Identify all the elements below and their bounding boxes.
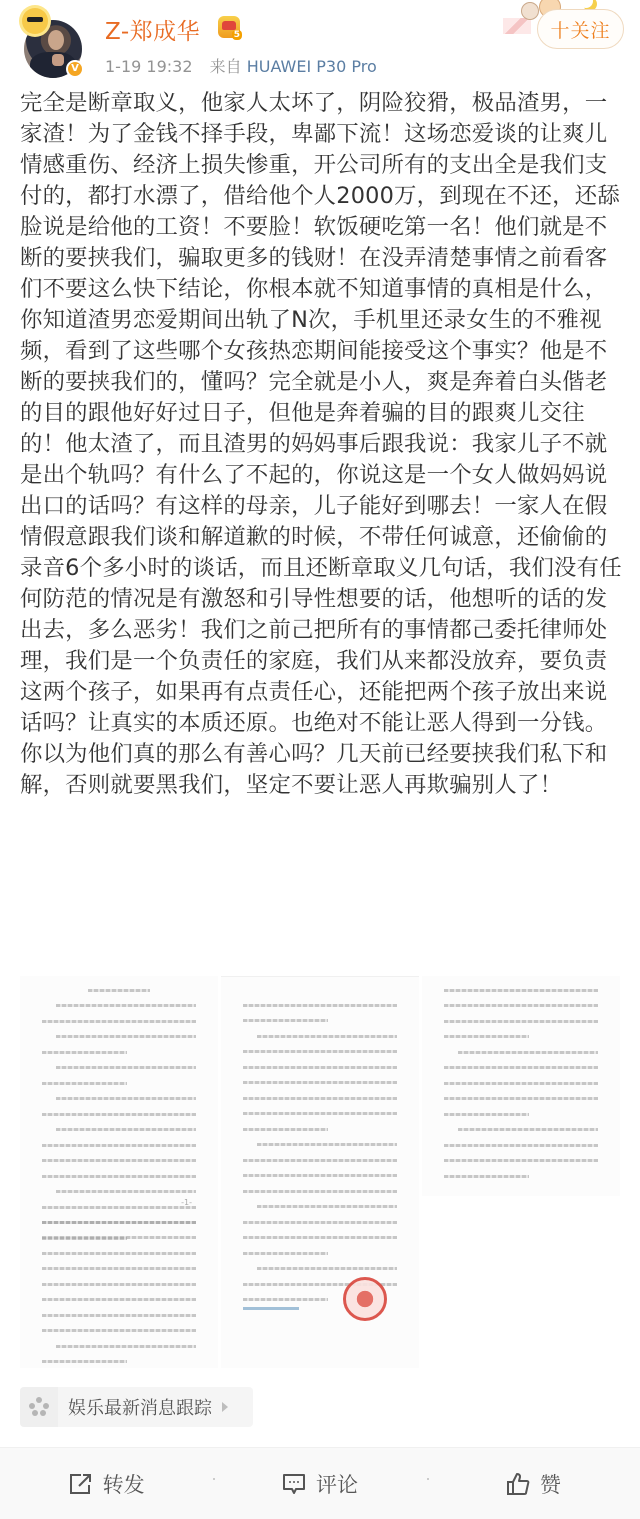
comment-label: 评论 — [316, 1469, 358, 1499]
topic-tag[interactable]: 娱乐最新消息跟踪 — [20, 1387, 253, 1427]
verified-badge-icon: V — [66, 60, 84, 78]
document-image-3[interactable] — [422, 976, 620, 1196]
like-button[interactable]: 赞 — [427, 1448, 640, 1519]
post-body-text: 完全是断章取义，他家人太坏了，阴险狡猾，极品渣男，一家渣！为了金钱不择手段，卑鄙… — [20, 88, 628, 801]
avatar-hand — [52, 54, 64, 66]
repost-label: 转发 — [103, 1469, 145, 1499]
comment-button[interactable]: 评论 — [213, 1448, 426, 1519]
username[interactable]: Z-郑成华 — [105, 13, 200, 46]
document-image-1[interactable]: -1- — [20, 976, 218, 1368]
thumbs-up-icon — [506, 1472, 530, 1496]
device-source-link[interactable]: HUAWEI P30 Pro — [247, 57, 377, 76]
avatar-face — [48, 30, 64, 50]
source-prefix: 来自 — [210, 57, 242, 76]
page-number: -1- — [181, 1198, 192, 1207]
avatar-container[interactable]: V — [22, 10, 84, 72]
action-bar: 转发 评论 赞 — [0, 1447, 640, 1519]
verification-note — [243, 1307, 299, 1310]
vip-crown-icon[interactable]: 5 — [218, 16, 240, 38]
post-timestamp: 1-19 19:32 — [105, 57, 193, 76]
topic-dots-icon — [20, 1387, 58, 1427]
chevron-right-icon — [222, 1402, 228, 1412]
document-image-2[interactable] — [221, 976, 419, 1368]
like-label: 赞 — [540, 1469, 561, 1499]
sun-sunglasses-icon — [22, 8, 48, 34]
repost-button[interactable]: 转发 — [0, 1448, 213, 1519]
vip-level: 5 — [232, 30, 242, 40]
image-grid: -1- — [20, 976, 620, 1368]
post-header: V Z-郑成华 5 1-19 19:32 来自 HUAWEI P30 Pro 十… — [0, 0, 640, 85]
follow-button[interactable]: 十关注 — [537, 9, 624, 49]
topic-label: 娱乐最新消息跟踪 — [68, 1394, 212, 1420]
repost-icon — [69, 1473, 93, 1495]
post-meta: 1-19 19:32 来自 HUAWEI P30 Pro — [105, 54, 377, 77]
court-seal-icon — [343, 1277, 387, 1321]
comment-icon — [282, 1473, 306, 1495]
